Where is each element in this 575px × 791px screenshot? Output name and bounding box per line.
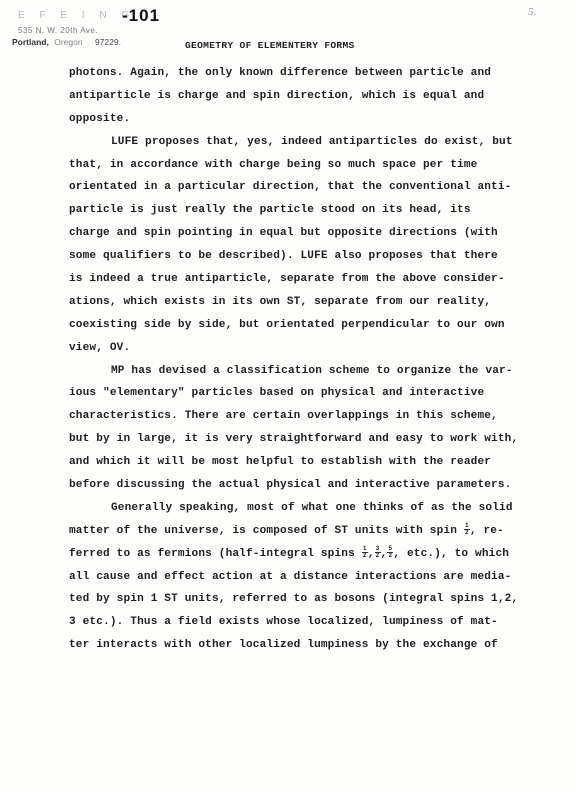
text-line: that, in accordance with charge being so…: [69, 154, 539, 177]
text-segment: matter of the universe, is composed of S…: [69, 525, 464, 537]
stamp-name: E F E I N G: [18, 10, 135, 21]
body-text: photons. Again, the only known differenc…: [69, 62, 539, 657]
stamp-state: Oregon: [54, 37, 82, 47]
text-line: orientated in a particular direction, th…: [69, 176, 539, 199]
stamp-street: 535 N. W. 20th Ave.: [18, 26, 98, 35]
text-line: view, OV.: [69, 337, 539, 360]
text-line: all cause and effect action at a distanc…: [69, 566, 539, 589]
stamp-city-line: Portland, Oregon 97229.: [12, 37, 121, 47]
text-line: ious "elementary" particles based on phy…: [69, 382, 539, 405]
text-line-with-fractions: ferred to as fermions (half-integral spi…: [69, 543, 539, 566]
document-page: E F E I N G -101 535 N. W. 20th Ave. Por…: [0, 0, 575, 791]
page-title: GEOMETRY OF ELEMENTERY FORMS: [185, 40, 355, 51]
text-segment: , etc.), to which: [393, 548, 509, 560]
paragraph-start-line: Generally speaking, most of what one thi…: [69, 497, 539, 520]
text-line: antiparticle is charge and spin directio…: [69, 85, 539, 108]
text-line: opposite.: [69, 108, 539, 131]
text-line: some qualifiers to be described). LUFE a…: [69, 245, 539, 268]
text-segment: , re-: [470, 525, 504, 537]
text-line: but by in large, it is very straightforw…: [69, 428, 539, 451]
text-line: coexisting side by side, but orientated …: [69, 314, 539, 337]
text-line: is indeed a true antiparticle, separate …: [69, 268, 539, 291]
text-line: 3 etc.). Thus a field exists whose local…: [69, 611, 539, 634]
text-line: charge and spin pointing in equal but op…: [69, 222, 539, 245]
text-line: ter interacts with other localized lumpi…: [69, 634, 539, 657]
paragraph-start-line: MP has devised a classification scheme t…: [69, 360, 539, 383]
text-line: particle is just really the particle sto…: [69, 199, 539, 222]
document-number: -101: [122, 6, 160, 26]
page-number-mark: 5.: [528, 6, 536, 18]
paragraph-start-line: LUFE proposes that, yes, indeed antipart…: [69, 131, 539, 154]
text-line: photons. Again, the only known differenc…: [69, 62, 539, 85]
text-line: ted by spin 1 ST units, referred to as b…: [69, 588, 539, 611]
text-segment: ferred to as fermions (half-integral spi…: [69, 548, 362, 560]
stamp-zip: 97229.: [95, 37, 121, 47]
text-line: before discussing the actual physical an…: [69, 474, 539, 497]
text-line: ations, which exists in its own ST, sepa…: [69, 291, 539, 314]
stamp-city: Portland,: [12, 37, 49, 47]
text-line: and which it will be most helpful to est…: [69, 451, 539, 474]
text-line: characteristics. There are certain overl…: [69, 405, 539, 428]
text-line-with-fraction: matter of the universe, is composed of S…: [69, 520, 539, 543]
